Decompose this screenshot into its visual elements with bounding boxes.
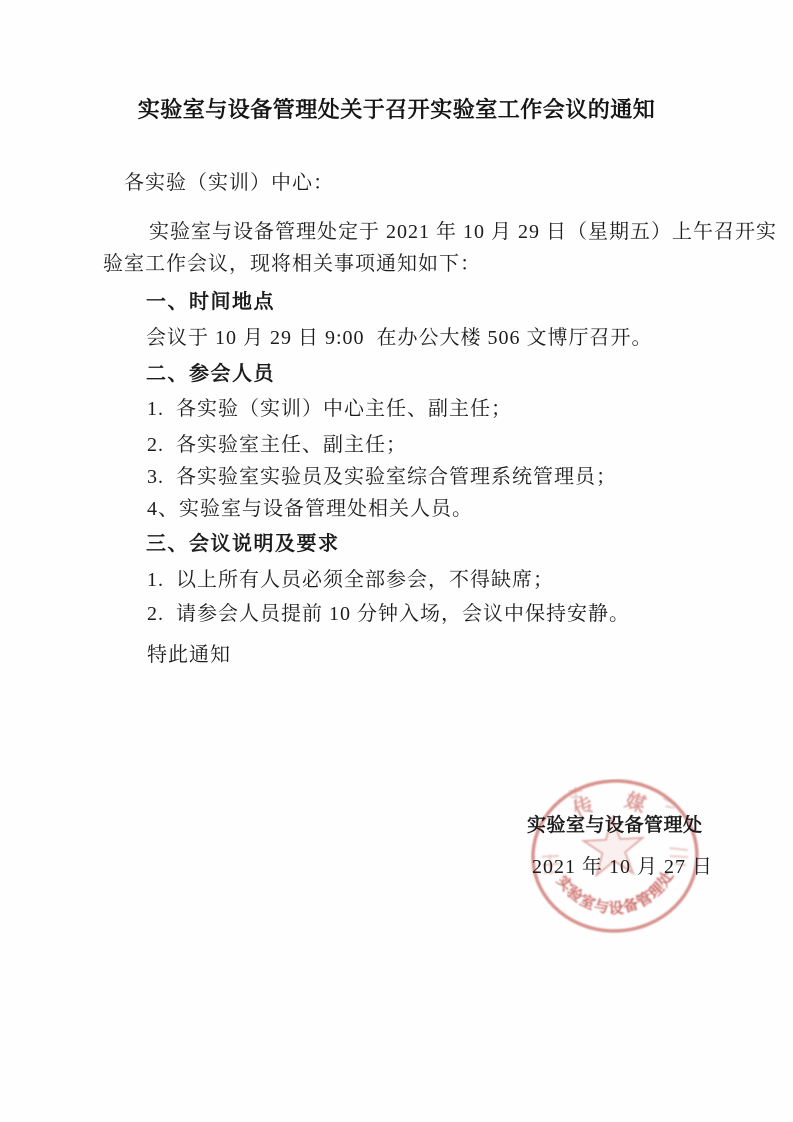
page-title: 实验室与设备管理处关于召开实验室工作会议的通知 xyxy=(0,93,793,124)
signature-org: 实验室与设备管理处 xyxy=(527,815,703,837)
scanned-notice-page: 实验室与设备管理处关于召开实验室工作会议的通知 各实验（实训）中心： 实验室与设… xyxy=(0,0,793,1122)
list-item: 1. 以上所有人员必须全部参会，不得缺席； xyxy=(147,569,554,592)
section1-body: 会议于 10 月 29 日 9:00 在办公大楼 506 文博厅召开。 xyxy=(146,327,653,350)
section3-heading: 三、会议说明及要求 xyxy=(146,533,340,556)
list-item: 4、实验室与设备管理处相关人员。 xyxy=(147,498,473,521)
section1-heading: 一、时间地点 xyxy=(146,291,275,314)
salutation: 各实验（实训）中心： xyxy=(124,172,334,195)
list-item: 2. 各实验室主任、副主任； xyxy=(147,434,407,457)
signature-date: 2021 年 10 月 27 日 xyxy=(532,856,713,879)
section2-heading: 二、参会人员 xyxy=(146,363,275,386)
list-item: 2. 请参会人员提前 10 分钟入场，会议中保持安静。 xyxy=(147,603,630,626)
list-item: 3. 各实验室实验员及实验室综合管理系统管理员； xyxy=(147,466,617,489)
intro-line-1: 实验室与设备管理处定于 2021 年 10 月 29 日（星期五）上午召开实 xyxy=(149,221,777,244)
list-item: 1. 各实验（实训）中心主任、副主任； xyxy=(147,398,512,421)
closing-phrase: 特此通知 xyxy=(147,644,231,667)
intro-line-2: 验室工作会议，现将相关事项通知如下： xyxy=(103,253,481,276)
